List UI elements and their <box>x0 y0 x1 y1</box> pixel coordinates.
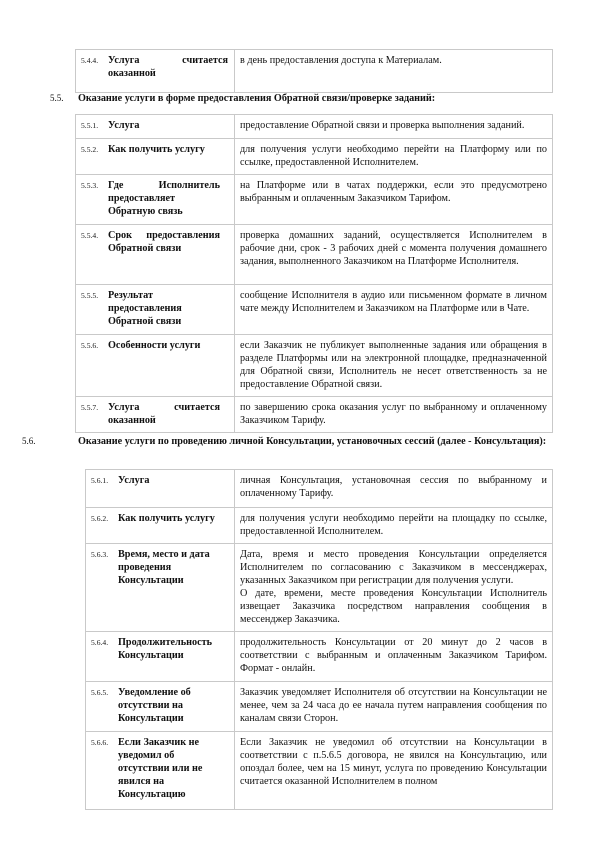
row-value: для получения услуги необходимо перейти … <box>235 508 553 544</box>
row-value: если Заказчик не публикует выполненные з… <box>235 335 553 397</box>
table-544: 5.4.4.Услуга считаетсяоказанной в день п… <box>75 49 553 93</box>
row-label: 5.5.1.Услуга <box>76 115 235 139</box>
section-number: 5.6. <box>50 435 78 448</box>
row-number: 5.5.7. <box>81 401 108 414</box>
row-label: 5.4.4.Услуга считаетсяоказанной <box>76 50 235 93</box>
row-number: 5.4.4. <box>81 54 108 67</box>
row-label: 5.5.2.Как получить услугу <box>76 139 235 175</box>
row-label: 5.5.7.Услуга считаетсяоказанной <box>76 397 235 433</box>
row-value: предоставление Обратной связи и проверка… <box>235 115 553 139</box>
row-label: 5.6.6.Если Заказчик не уведомил об отсут… <box>86 732 235 810</box>
row-number: 5.5.6. <box>81 339 108 352</box>
row-label-line1: Услуга считается <box>108 401 220 414</box>
table-row: 5.4.4.Услуга считаетсяоказанной в день п… <box>76 50 553 93</box>
row-label: 5.5.4.Срок предоставленияОбратной связи <box>76 225 235 285</box>
table-row: 5.5.3.Где Исполнительпредоставляет Обрат… <box>76 175 553 225</box>
row-number: 5.6.4. <box>91 636 118 649</box>
row-value: Заказчик уведомляет Исполнителя об отсут… <box>235 682 553 732</box>
table-row: 5.5.2.Как получить услугу для получения … <box>76 139 553 175</box>
row-value: проверка домашних заданий, осуществляетс… <box>235 225 553 285</box>
table-row: 5.5.5.Результат предоставления Обратной … <box>76 285 553 335</box>
row-value: на Платформе или в чатах поддержки, если… <box>235 175 553 225</box>
section-number: 5.5. <box>50 92 78 105</box>
row-label: 5.5.6.Особенности услуги <box>76 335 235 397</box>
table-row: 5.5.7.Услуга считаетсяоказанной по завер… <box>76 397 553 433</box>
row-number: 5.5.5. <box>81 289 108 302</box>
row-value: личная Консультация, установочная сессия… <box>235 470 553 508</box>
row-number: 5.6.2. <box>91 512 118 525</box>
row-label-line1: Где Исполнитель <box>108 179 220 192</box>
row-number: 5.5.2. <box>81 143 108 156</box>
row-value-para1: Дата, время и место проведения Консульта… <box>240 548 547 587</box>
row-value: сообщение Исполнителя в аудио или письме… <box>235 285 553 335</box>
row-label-text: Услуга <box>118 474 226 487</box>
table-row: 5.5.4.Срок предоставленияОбратной связи … <box>76 225 553 285</box>
section-title: Оказание услуги в форме предоставления О… <box>78 93 435 104</box>
table-row: 5.5.6.Особенности услуги если Заказчик н… <box>76 335 553 397</box>
row-number: 5.5.1. <box>81 119 108 132</box>
row-label-text: Результат предоставления Обратной связи <box>108 289 208 328</box>
table-row: 5.6.2.Как получить услугу для получения … <box>86 508 553 544</box>
table-5-5: 5.5.1.Услуга предоставление Обратной свя… <box>75 114 553 433</box>
section-heading-5-5: 5.5.Оказание услуги в форме предоставлен… <box>50 92 555 105</box>
row-label-line2: оказанной <box>108 67 228 80</box>
section-heading-5-6: 5.6.Оказание услуги по проведению личной… <box>50 435 555 448</box>
table-row: 5.6.5.Уведомление об отсутствии на Консу… <box>86 682 553 732</box>
row-label-text: Время, место и дата проведения Консульта… <box>118 548 218 587</box>
row-label: 5.6.3.Время, место и дата проведения Кон… <box>86 544 235 632</box>
row-number: 5.5.4. <box>81 229 108 242</box>
row-label-line2: предоставляет Обратную связь <box>108 192 220 218</box>
row-number: 5.6.6. <box>91 736 118 749</box>
row-number: 5.5.3. <box>81 179 108 192</box>
row-number: 5.6.3. <box>91 548 118 561</box>
row-label-text: Если Заказчик не уведомил об отсутствии … <box>118 736 214 801</box>
row-value: Дата, время и место проведения Консульта… <box>235 544 553 632</box>
row-label-line2: Обратной связи <box>108 242 220 255</box>
row-label-text: Как получить услугу <box>118 512 226 525</box>
row-value: по завершению срока оказания услуг по вы… <box>235 397 553 433</box>
row-label: 5.5.5.Результат предоставления Обратной … <box>76 285 235 335</box>
row-label-line1: Услуга считается <box>108 54 228 67</box>
row-label-line1: Срок предоставления <box>108 229 220 242</box>
row-label: 5.6.5.Уведомление об отсутствии на Консу… <box>86 682 235 732</box>
row-number: 5.6.1. <box>91 474 118 487</box>
row-value: для получения услуги необходимо перейти … <box>235 139 553 175</box>
row-label: 5.6.4.Продолжительность Консультации <box>86 632 235 682</box>
table-row: 5.6.1.Услуга личная Консультация, устано… <box>86 470 553 508</box>
row-label-text: Уведомление об отсутствии на Консультаци… <box>118 686 208 725</box>
row-value: в день предоставления доступа к Материал… <box>235 50 553 93</box>
table-5-6: 5.6.1.Услуга личная Консультация, устано… <box>85 469 553 810</box>
row-label: 5.6.2.Как получить услугу <box>86 508 235 544</box>
table-row: 5.6.4.Продолжительность Консультации про… <box>86 632 553 682</box>
row-label-text: Услуга <box>108 119 226 132</box>
section-title: Оказание услуги по проведению личной Кон… <box>78 436 546 447</box>
row-label: 5.6.1.Услуга <box>86 470 235 508</box>
table-row: 5.5.1.Услуга предоставление Обратной свя… <box>76 115 553 139</box>
row-label-line2: оказанной <box>108 414 220 427</box>
row-label-text: Особенности услуги <box>108 339 226 352</box>
table-row: 5.6.6.Если Заказчик не уведомил об отсут… <box>86 732 553 810</box>
row-label-text: Продолжительность Консультации <box>118 636 222 662</box>
table-row: 5.6.3.Время, место и дата проведения Кон… <box>86 544 553 632</box>
row-value-para2: О дате, времени, месте проведения Консул… <box>240 587 547 626</box>
row-number: 5.6.5. <box>91 686 118 699</box>
row-value: Если Заказчик не уведомил об отсутствии … <box>235 732 553 810</box>
row-label: 5.5.3.Где Исполнительпредоставляет Обрат… <box>76 175 235 225</box>
row-label-text: Как получить услугу <box>108 143 226 156</box>
row-value: продолжительность Консультации от 20 мин… <box>235 632 553 682</box>
